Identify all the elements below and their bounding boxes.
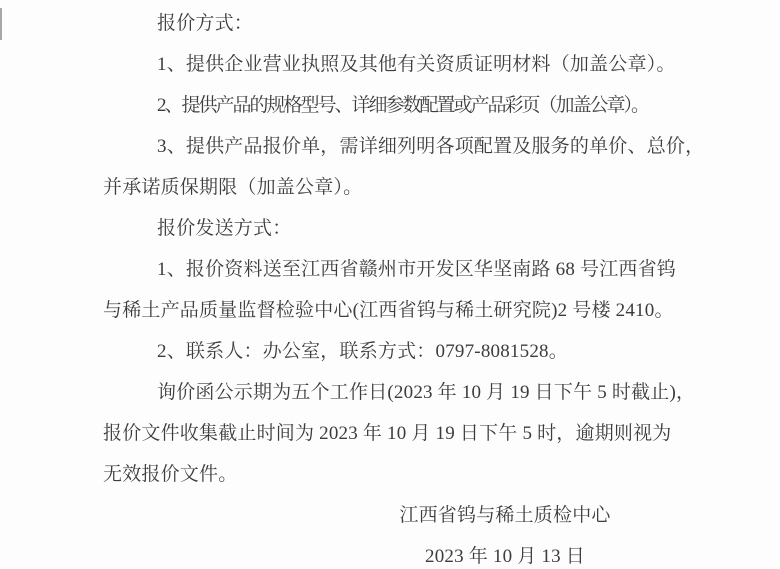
document-page: 报价方式：1、提供企业营业执照及其他有关资质证明材料（加盖公章）。2、提供产品的…: [0, 0, 780, 569]
text-line: 报价发送方式：: [103, 208, 670, 249]
text-line: 3、提供产品报价单，需详细列明各项配置及服务的单价、总价，: [103, 126, 670, 167]
text-line: 2、提供产品的规格型号、详细参数配置或产品彩页（加盖公章）。: [103, 85, 670, 126]
text-line: 2023 年 10 月 13 日: [340, 536, 670, 569]
text-line: 2、联系人：办公室，联系方式：0797-8081528。: [103, 331, 670, 372]
text-line: 与稀土产品质量监督检验中心(江西省钨与稀土研究院)2 号楼 2410。: [103, 290, 670, 331]
text-line: 报价文件收集截止时间为 2023 年 10 月 19 日下午 5 时，逾期则视为: [103, 413, 670, 454]
text-line: 1、报价资料送至江西省赣州市开发区华坚南路 68 号江西省钨: [103, 249, 670, 290]
text-line: 无效报价文件。: [103, 454, 670, 495]
text-line: 并承诺质保期限（加盖公章）。: [103, 167, 670, 208]
scan-artifact: [0, 8, 2, 40]
text-line: 询价函公示期为五个工作日(2023 年 10 月 19 日下午 5 时截止)，: [103, 372, 670, 413]
text-line: 1、提供企业营业执照及其他有关资质证明材料（加盖公章）。: [103, 44, 670, 85]
document-body: 报价方式：1、提供企业营业执照及其他有关资质证明材料（加盖公章）。2、提供产品的…: [103, 3, 670, 569]
text-line: 报价方式：: [103, 3, 670, 44]
text-line: 江西省钨与稀土质检中心: [340, 495, 670, 536]
